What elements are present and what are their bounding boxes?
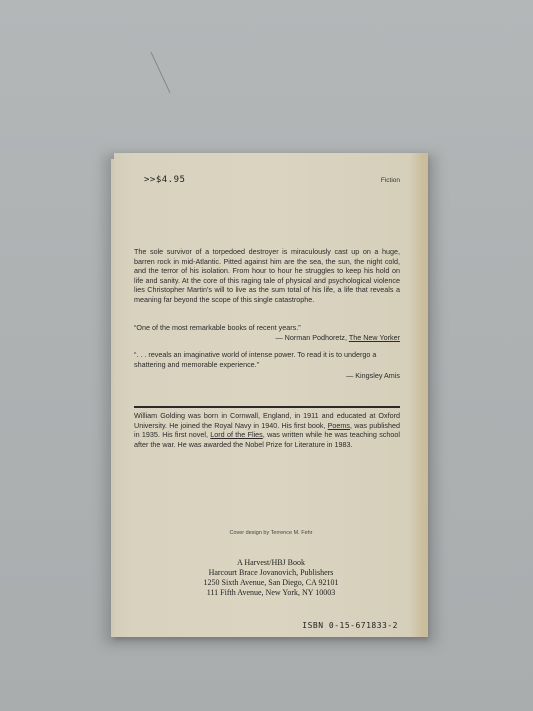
bio-book-title: Poems <box>328 421 350 430</box>
background-fiber <box>151 52 171 93</box>
publisher-block: A Harvest/HBJ Book Harcourt Brace Jovano… <box>114 558 428 598</box>
price-label: >>$4.95 <box>144 175 185 185</box>
author-bio: William Golding was born in Cornwall, En… <box>134 411 400 449</box>
review-attribution-2: — Kingsley Amis <box>346 371 400 380</box>
section-divider <box>134 406 400 408</box>
bio-book-title: Lord of the Flies <box>210 430 262 439</box>
publisher-line: 111 Fifth Avenue, New York, NY 10003 <box>114 588 428 598</box>
review-quote-1: “One of the most remarkable books of rec… <box>134 323 400 333</box>
publisher-line: 1250 Sixth Avenue, San Diego, CA 92101 <box>114 578 428 588</box>
book-back-cover: >>$4.95 Fiction The sole survivor of a t… <box>114 153 428 637</box>
genre-label: Fiction <box>381 177 400 184</box>
attribution-publication: The New Yorker <box>349 333 400 342</box>
attribution-name: — Norman Podhoretz, <box>275 333 348 342</box>
publisher-line: Harcourt Brace Jovanovich, Publishers <box>114 568 428 578</box>
cover-credit: Cover design by Terrence M. Fehr <box>114 530 428 536</box>
isbn-label: ISBN 0-15-671833-2 <box>302 621 398 630</box>
review-quote-2: “. . . reveals an imaginative world of i… <box>134 350 400 369</box>
review-attribution-1: — Norman Podhoretz, The New Yorker <box>275 333 400 342</box>
publisher-line: A Harvest/HBJ Book <box>114 558 428 568</box>
blurb-paragraph: The sole survivor of a torpedoed destroy… <box>134 247 400 304</box>
